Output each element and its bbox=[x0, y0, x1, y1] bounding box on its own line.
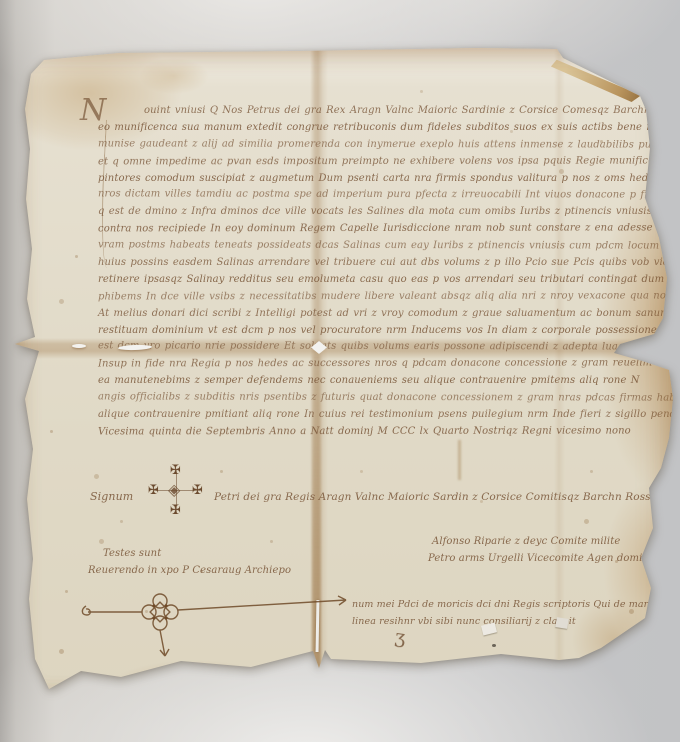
notary-subscription-line: num mei Pdci de moricis dci dni Regis sc… bbox=[352, 599, 662, 610]
body-line: vram postms habeats teneats possideats d… bbox=[98, 238, 646, 256]
witness-line: Petro arms Urgelli Vicecomite Agen domic… bbox=[428, 553, 667, 564]
notarial-sign-icon bbox=[80, 578, 352, 662]
body-line: ea manutenebims z semper defendems nec c… bbox=[98, 373, 646, 390]
photo-of-parchment-charter: N ouint vniusi Q Nos Petrus dei gra Rex … bbox=[0, 0, 680, 742]
paper-speck bbox=[481, 622, 497, 635]
signum-royal-title: Petri dei gra Regis Aragn Valnc Maioric … bbox=[214, 491, 644, 503]
parchment-sheet: N ouint vniusi Q Nos Petrus dei gra Rex … bbox=[14, 48, 674, 704]
debris-dot bbox=[492, 644, 496, 647]
body-line: eo munificenca sua manum extedit congrue… bbox=[98, 120, 646, 137]
witness-heading: Testes sunt bbox=[103, 548, 161, 559]
notary-subscription-line: linea resihnr vbi sibi nunc consiliarij … bbox=[352, 616, 576, 627]
body-line: retinere ipsasqz Salinay redditus seu em… bbox=[98, 272, 646, 289]
charter-body-text: ouint vniusi Q Nos Petrus dei gra Rex Ar… bbox=[98, 103, 646, 441]
body-line: pintores comodum suscipiat z augmetum Du… bbox=[98, 171, 646, 188]
body-line: phibems In dce ville vsibs z necessitati… bbox=[98, 288, 646, 306]
royal-signum-cross-icon: ✠ ✠ ✠ ✠ ◈ bbox=[148, 464, 206, 520]
body-line: At melius donari dici scribi z Intelligi… bbox=[98, 306, 646, 323]
body-line: est dcm vro picario nrie possidere Et so… bbox=[98, 339, 646, 357]
body-line: angis officialibs z subditis nris psenti… bbox=[98, 390, 646, 408]
body-line: ouint vniusi Q Nos Petrus dei gra Rex Ar… bbox=[98, 103, 646, 120]
stain-freckles bbox=[14, 48, 17, 51]
body-line: q est de dmino z Infra dminos dce ville … bbox=[98, 204, 646, 221]
signum-word: Signum bbox=[90, 490, 133, 503]
body-line: alique contrauenire pmitiant aliq rone I… bbox=[98, 407, 646, 424]
witness-line: Reuerendo in xpo P Cesaraug Archiepo bbox=[88, 565, 291, 576]
body-line-date: Vicesima quinta die Septembris Anno a Na… bbox=[98, 423, 646, 441]
body-line: munise gaudeant z alij ad similia promer… bbox=[98, 136, 646, 154]
body-line: nros dictam villes tamdiu ac postma spe … bbox=[98, 187, 646, 205]
folded-corner-top-right bbox=[549, 54, 645, 102]
parchment-shadow-wrapper: N ouint vniusi Q Nos Petrus dei gra Rex … bbox=[0, 0, 680, 742]
cross-line bbox=[154, 490, 200, 491]
body-line: contra nos recipiede In eoy dominum Rege… bbox=[98, 221, 646, 239]
paper-speck bbox=[555, 617, 568, 629]
witness-line: Alfonso Riparie z deyc Comite milite bbox=[432, 536, 620, 547]
cross-line bbox=[176, 470, 177, 514]
body-line: Insup in fide nra Regia p nos hedes ac s… bbox=[98, 356, 646, 374]
tear-hole bbox=[72, 344, 86, 348]
faint-ink-run bbox=[458, 440, 461, 480]
paraph-flourish: ʒ bbox=[394, 625, 408, 648]
body-line: restituam dominium vt est dcm p nos vel … bbox=[98, 323, 646, 340]
body-line: huius possins easdem Salinas arrendare v… bbox=[98, 255, 646, 272]
body-line: et q omne impedime ac pvan esds impositu… bbox=[98, 153, 646, 171]
